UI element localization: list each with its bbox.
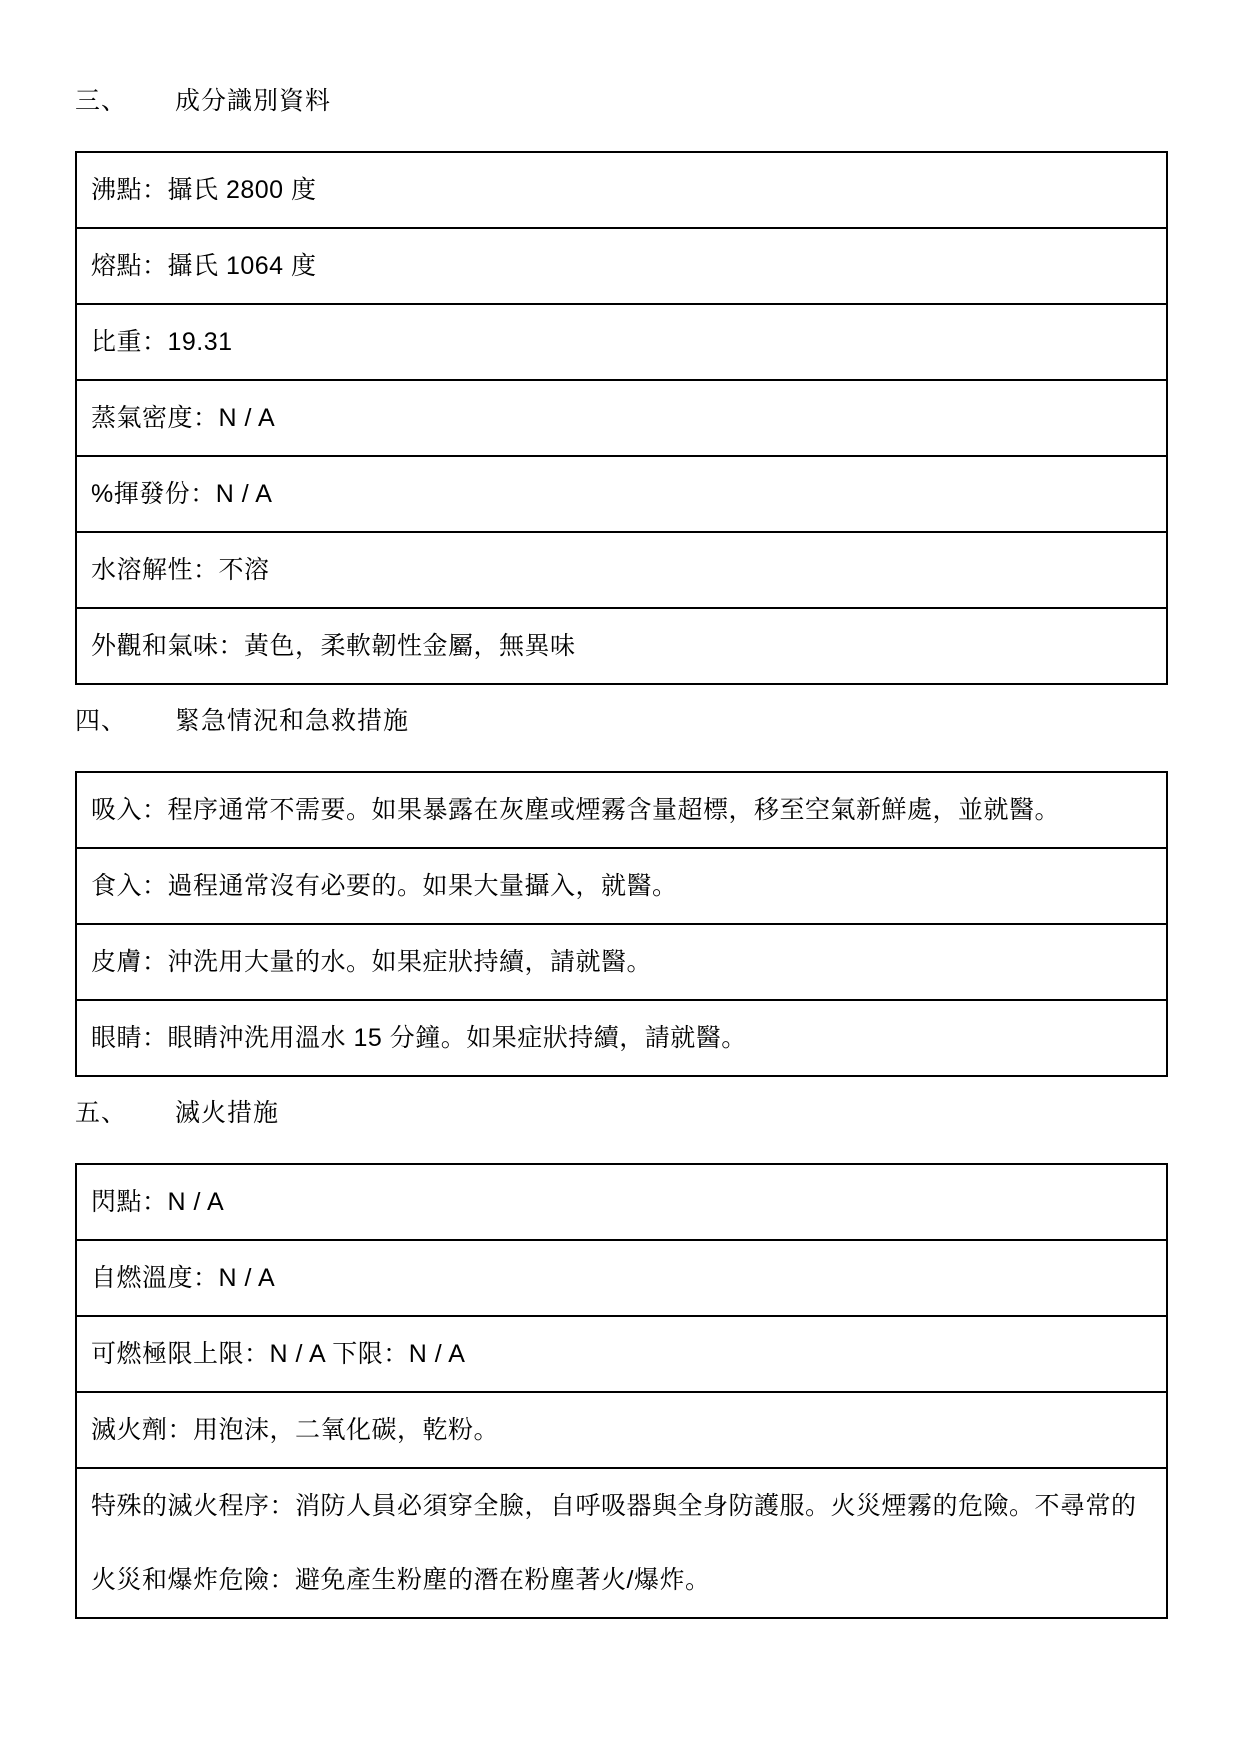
table-row: 特殊的滅火程序：消防人員必須穿全臉，自呼吸器與全身防護服。火災煙霧的危險。不尋常… bbox=[77, 1467, 1166, 1617]
table-row: 滅火劑：用泡沫，二氧化碳，乾粉。 bbox=[77, 1391, 1166, 1467]
table-row: 沸點：攝氏 2800 度 bbox=[77, 153, 1166, 227]
table-row: 熔點：攝氏 1064 度 bbox=[77, 227, 1166, 303]
table-row: 眼睛：眼睛沖洗用溫水 15 分鐘。如果症狀持續，請就醫。 bbox=[77, 999, 1166, 1075]
section-number: 五、 bbox=[75, 1097, 175, 1130]
section-title: 緊急情況和急救措施 bbox=[175, 705, 1168, 738]
section-title: 成分識別資料 bbox=[175, 85, 1168, 118]
table-row: 吸入：程序通常不需要。如果暴露在灰塵或煙霧含量超標，移至空氣新鮮處，並就醫。 bbox=[77, 773, 1166, 847]
section-heading-3: 三、 成分識別資料 bbox=[75, 85, 1168, 118]
table-row: 閃點：N / A bbox=[77, 1165, 1166, 1239]
document-page: 三、 成分識別資料 沸點：攝氏 2800 度熔點：攝氏 1064 度比重：19.… bbox=[0, 0, 1240, 1755]
physical-properties-table: 沸點：攝氏 2800 度熔點：攝氏 1064 度比重：19.31蒸氣密度：N /… bbox=[75, 151, 1168, 685]
table-row: 可燃極限上限：N / A 下限：N / A bbox=[77, 1315, 1166, 1391]
section-heading-4: 四、 緊急情況和急救措施 bbox=[75, 705, 1168, 738]
table-row: 水溶解性：不溶 bbox=[77, 531, 1166, 607]
section-number: 四、 bbox=[75, 705, 175, 738]
fire-fighting-table: 閃點：N / A自燃溫度：N / A可燃極限上限：N / A 下限：N / A滅… bbox=[75, 1163, 1168, 1619]
table-row: 蒸氣密度：N / A bbox=[77, 379, 1166, 455]
table-row: 自燃溫度：N / A bbox=[77, 1239, 1166, 1315]
table-row: 比重：19.31 bbox=[77, 303, 1166, 379]
section-title: 滅火措施 bbox=[175, 1097, 1168, 1130]
table-row: 食入：過程通常沒有必要的。如果大量攝入，就醫。 bbox=[77, 847, 1166, 923]
table-row: 皮膚：沖洗用大量的水。如果症狀持續，請就醫。 bbox=[77, 923, 1166, 999]
table-row: %揮發份：N / A bbox=[77, 455, 1166, 531]
section-heading-5: 五、 滅火措施 bbox=[75, 1097, 1168, 1130]
section-number: 三、 bbox=[75, 85, 175, 118]
first-aid-table: 吸入：程序通常不需要。如果暴露在灰塵或煙霧含量超標，移至空氣新鮮處，並就醫。食入… bbox=[75, 771, 1168, 1077]
table-row: 外觀和氣味：黃色，柔軟韌性金屬，無異味 bbox=[77, 607, 1166, 683]
